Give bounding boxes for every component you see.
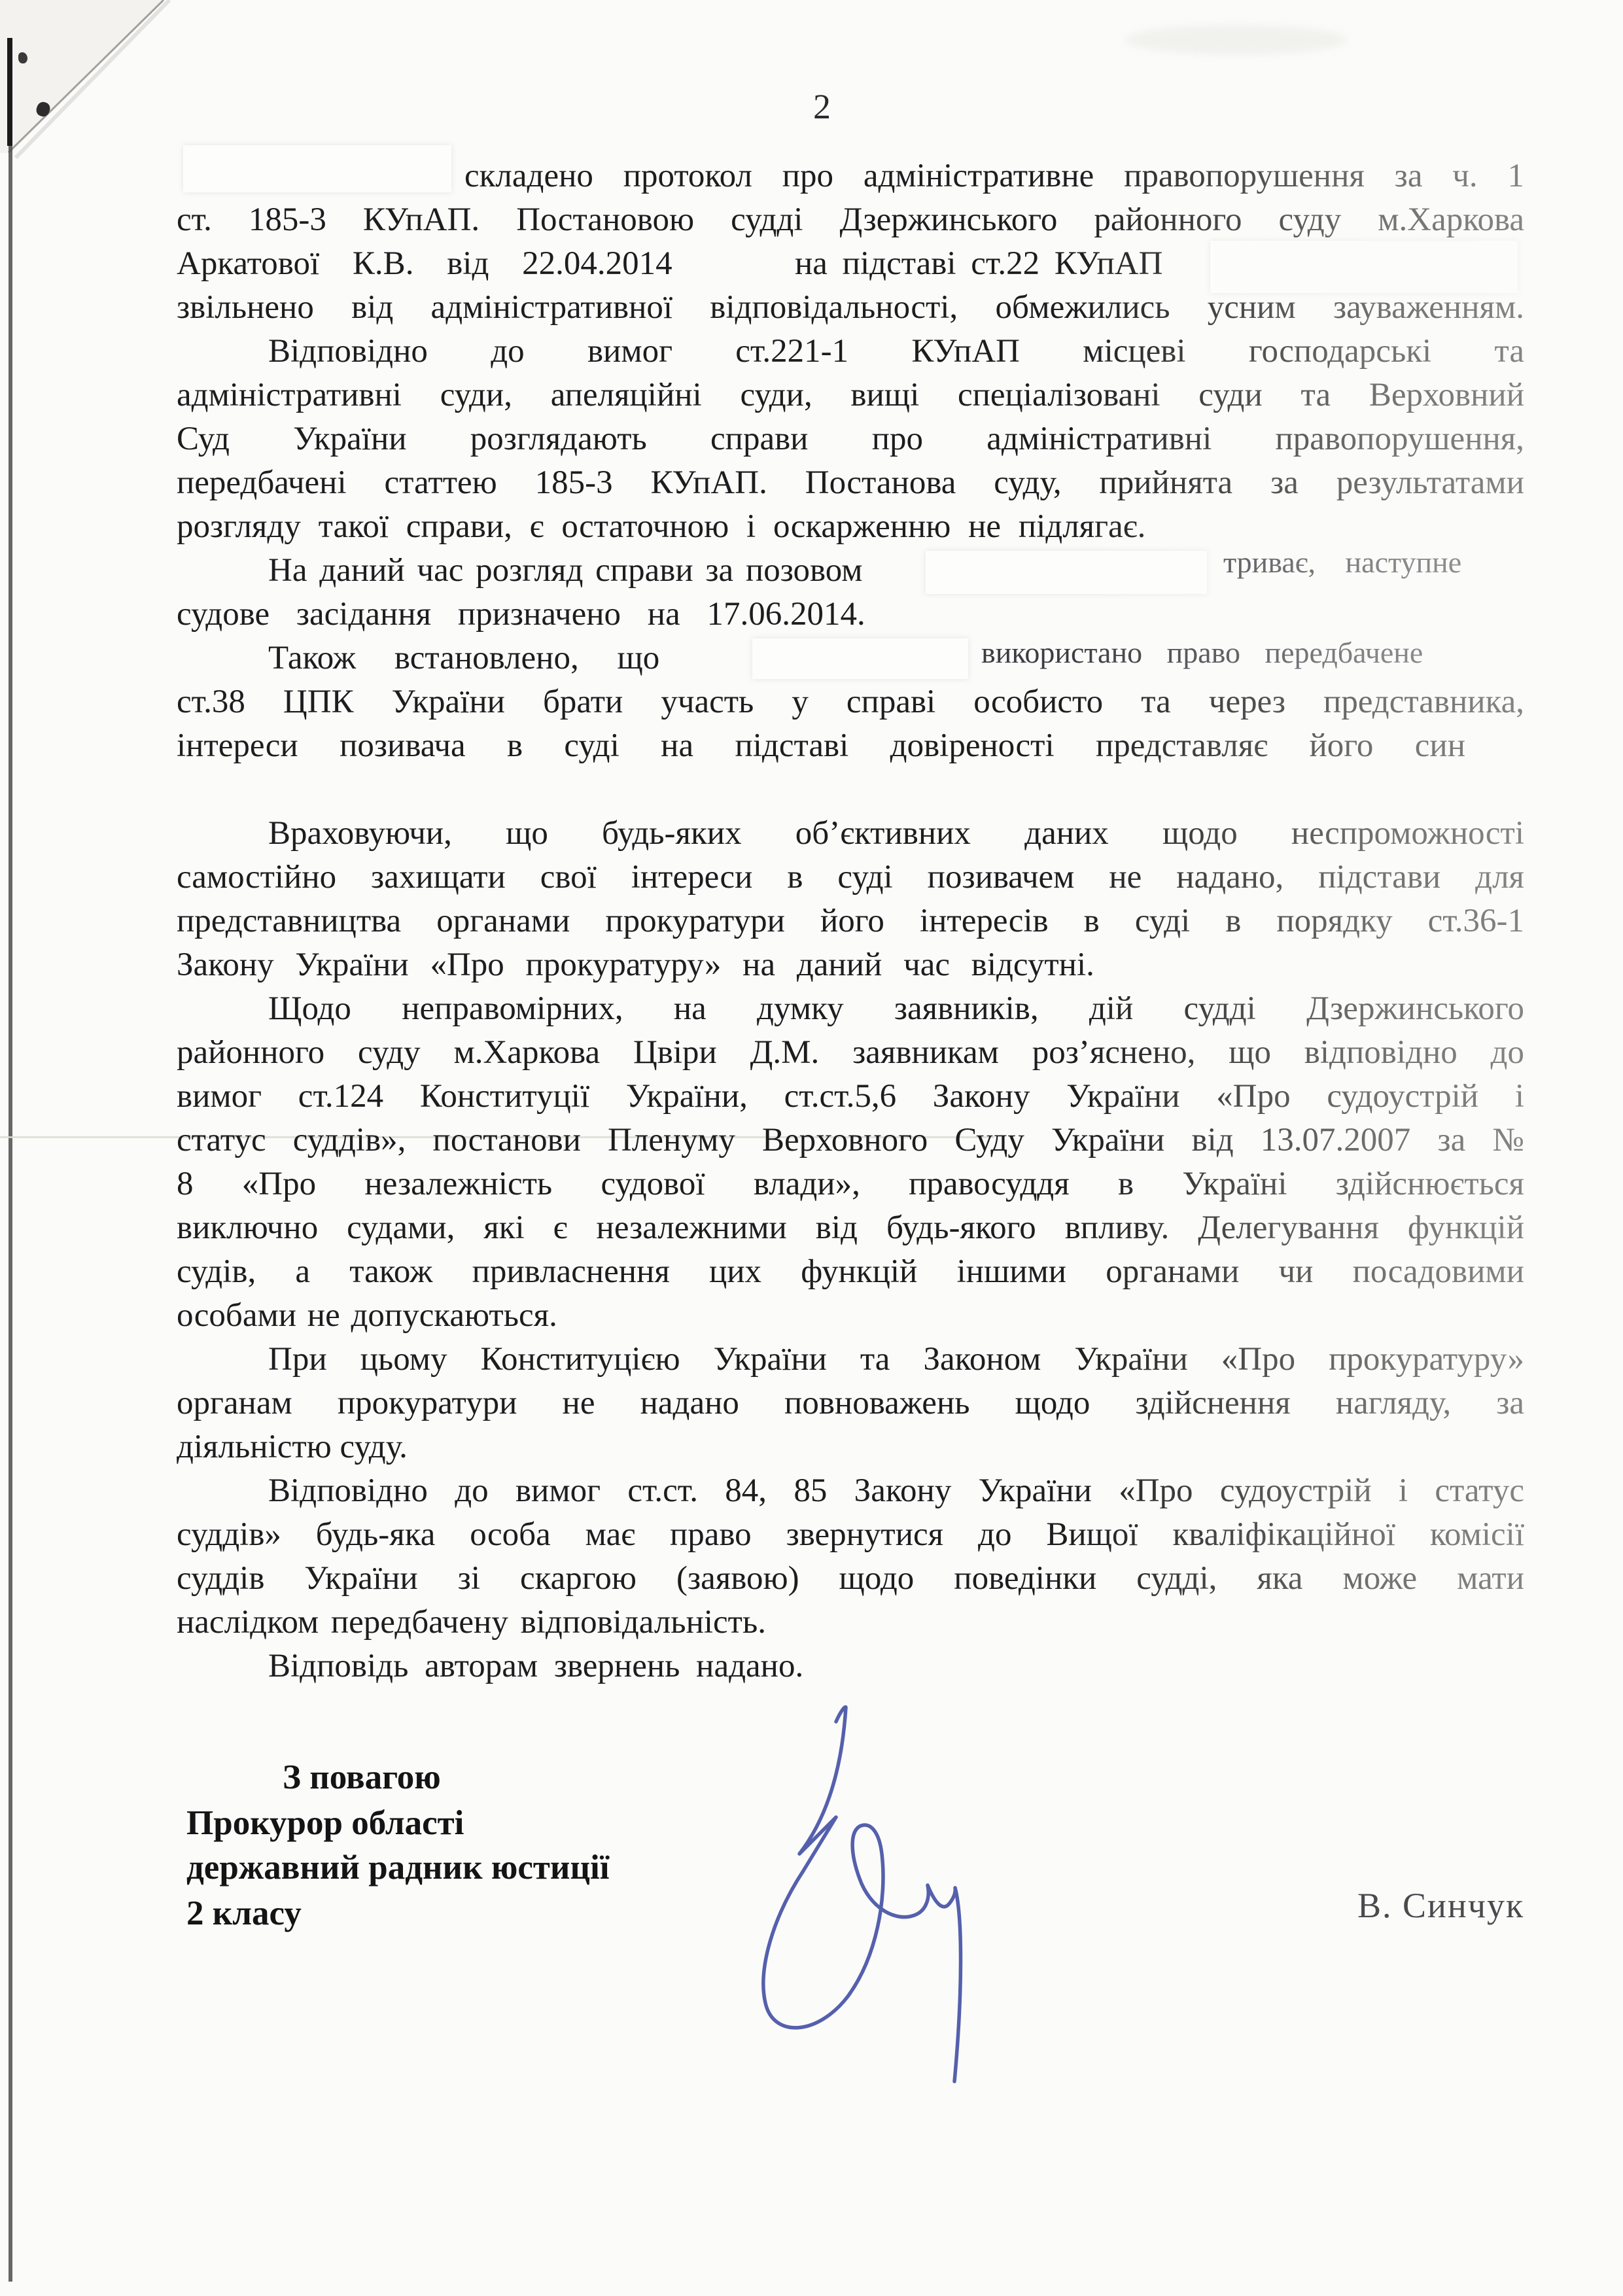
inserted-text: триває, наступне bbox=[1223, 545, 1461, 580]
text-line: При цьому Конституцією України та Законо… bbox=[268, 1340, 1524, 1379]
text-line: Щодо неправомірних, на думку заявників, … bbox=[268, 990, 1524, 1028]
text-line: ст.38 ЦПК України брати участь у справі … bbox=[177, 683, 1524, 722]
text-line: звільнено від адміністративної відповіда… bbox=[177, 288, 1524, 327]
text-line: 8 «Про незалежність судової влади», прав… bbox=[177, 1165, 1524, 1204]
redaction-box bbox=[926, 551, 1207, 594]
text-line: суддів» будь-яка особа має право звернут… bbox=[177, 1516, 1524, 1554]
scan-edge-line bbox=[9, 38, 12, 2282]
text-line: Відповідь авторам звернень надано. bbox=[268, 1647, 803, 1686]
text-line: органам прокуратури не надано повноважен… bbox=[177, 1384, 1524, 1423]
text-line: статус суддів», постанови Пленуму Верхов… bbox=[177, 1121, 1524, 1160]
text-line: районного суду м.Харкова Цвіри Д.М. заяв… bbox=[177, 1034, 1524, 1072]
text-line: розгляду такої справи, є остаточною і ос… bbox=[177, 508, 1145, 546]
redaction-box bbox=[1210, 241, 1518, 293]
text-line: суддів України зі скаргою (заявою) щодо … bbox=[177, 1559, 1524, 1598]
text-line: ст. 185-3 КУпАП. Постановою судді Дзержи… bbox=[177, 201, 1524, 239]
text-line: складено протокол про адміністративне пр… bbox=[464, 157, 1524, 196]
text-line: Враховуючи, що будь-яких об’єктивних дан… bbox=[268, 814, 1524, 853]
redaction-box bbox=[183, 145, 451, 192]
text-line: передбачені статтею 185-3 КУпАП. Постано… bbox=[177, 464, 1524, 502]
text-line: виключно судами, які є незалежними від б… bbox=[177, 1209, 1524, 1247]
signer-position-line: державний радник юстиції bbox=[186, 1848, 609, 1887]
text-line: особами не допускаються. bbox=[177, 1296, 557, 1335]
text-line: вимог ст.124 Конституції України, ст.ст.… bbox=[177, 1077, 1524, 1116]
signer-name: В. Синчук bbox=[1357, 1885, 1524, 1926]
text-line: інтереси позивача в суді на підставі дов… bbox=[177, 727, 1465, 765]
text-line: судів, а також привласнення цих функцій … bbox=[177, 1253, 1524, 1291]
text-line: адміністративні суди, апеляційні суди, в… bbox=[177, 376, 1524, 415]
text-line: Закону України «Про прокуратуру» на дани… bbox=[177, 946, 1094, 984]
scanned-document-page: 2 складено протокол про адміністративне … bbox=[0, 0, 1623, 2296]
text-line: представництва органами прокуратури його… bbox=[177, 902, 1524, 941]
text-line: діяльністю суду. bbox=[177, 1428, 408, 1467]
text-line: Суд України розглядають справи про адмін… bbox=[177, 420, 1524, 459]
signer-position-line: Прокурор області bbox=[186, 1803, 464, 1843]
handwritten-signature bbox=[720, 1681, 1021, 2126]
dust-speck bbox=[18, 52, 27, 63]
text-line: самостійно захищати свої інтереси в суді… bbox=[177, 858, 1524, 897]
signer-position-line: 2 класу bbox=[186, 1894, 302, 1933]
text-line: судове засідання призначено на 17.06.201… bbox=[177, 595, 865, 634]
text-line: Відповідно до вимог ст.221-1 КУпАП місце… bbox=[268, 332, 1524, 371]
scan-edge-dark-segment bbox=[7, 38, 12, 146]
scan-smudge bbox=[1125, 25, 1348, 55]
fold-crease-line bbox=[0, 0, 196, 170]
text-segment: на підставі ст.22 КУпАП bbox=[795, 245, 1162, 283]
text-segment: На даний час розгляд справи за позовом bbox=[268, 551, 863, 589]
text-line: наслідком передбачену відповідальність. bbox=[177, 1603, 766, 1642]
page-number: 2 bbox=[813, 86, 831, 127]
text-line: Відповідно до вимог ст.ст. 84, 85 Закону… bbox=[268, 1472, 1524, 1510]
redaction-box bbox=[752, 638, 968, 679]
inserted-text: використано право передбачене bbox=[981, 635, 1423, 670]
text-segment: Аркатової К.В. від 22.04.2014 bbox=[177, 245, 672, 283]
text-segment: Також встановлено, що bbox=[268, 639, 659, 677]
closing-regards: З повагою bbox=[283, 1758, 441, 1797]
